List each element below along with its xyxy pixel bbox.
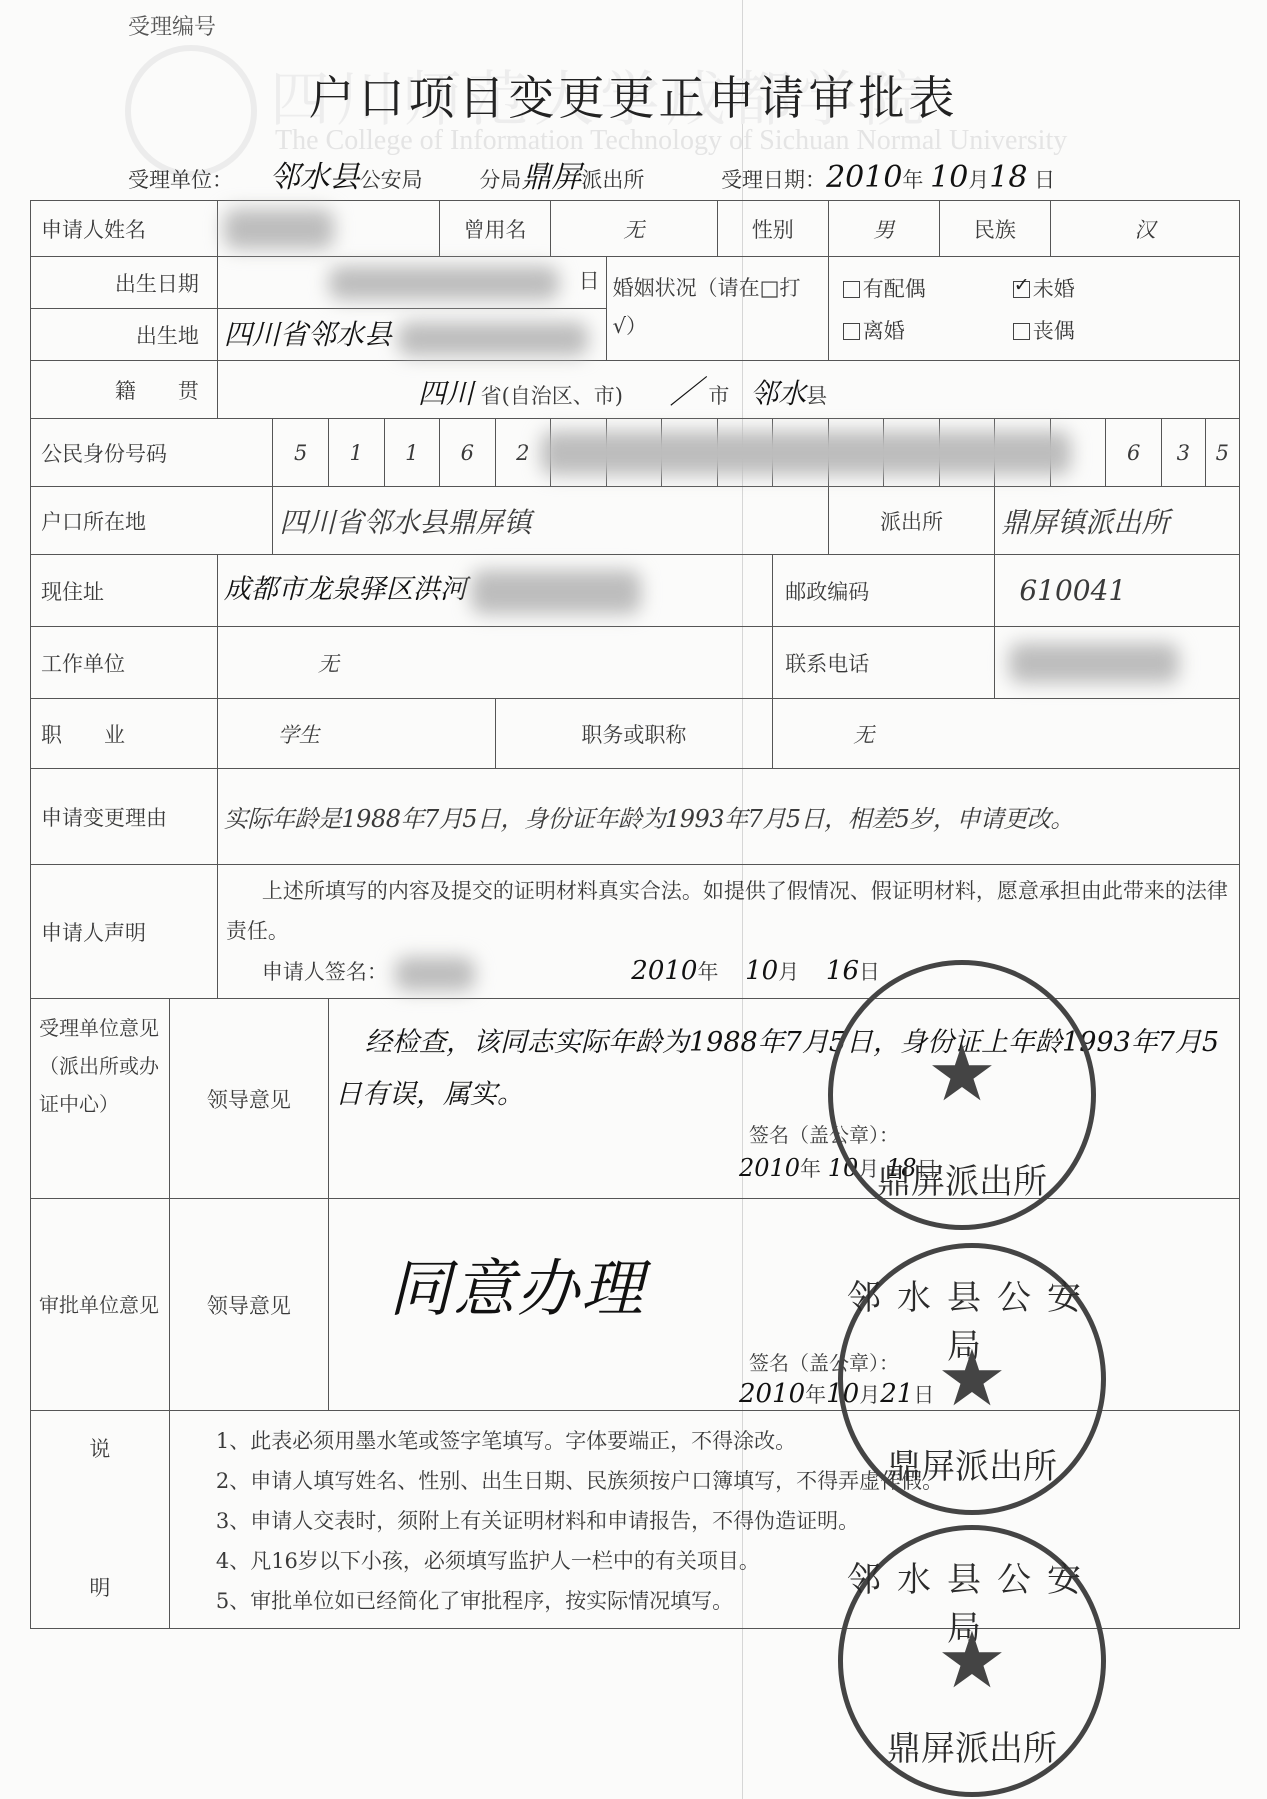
row-native-place: 籍 贯 四川 省(自治区、市) ／ 市 邻水县	[31, 361, 1240, 419]
row-declaration: 申请人声明 上述所填写的内容及提交的证明材料真实合法。如提供了假情况、假证明材料…	[31, 865, 1240, 999]
gender-value[interactable]: 男	[828, 201, 939, 257]
year-char: 年	[697, 960, 718, 984]
declaration-month: 10	[745, 956, 778, 986]
accepting-unit-stamp: ★ 鼎屏派出所	[828, 960, 1096, 1230]
marital-option[interactable]: 丧偶	[1013, 315, 1183, 345]
job-title-label: 职务或职称	[495, 699, 773, 769]
approving-unit-label: 审批单位意见	[31, 1199, 170, 1411]
marital-label: 婚姻状况（请在□打√）	[606, 257, 828, 361]
accepting-opinion-text[interactable]: 经检查，该同志实际年龄为1988年7月5日，身份证上年龄1993年7月5日有误，…	[335, 1017, 1233, 1121]
form-title: 户口项目变更更正申请审批表	[0, 62, 1267, 128]
dob-label: 出生日期	[31, 257, 218, 309]
birthplace-label: 出生地	[31, 309, 218, 361]
id-digit-cell[interactable]: 1	[328, 419, 384, 487]
phone-label: 联系电话	[773, 627, 995, 699]
branch-label: 分局	[479, 168, 521, 192]
marital-option-label: 未婚	[1033, 277, 1075, 301]
marital-grid: 有配偶未婚离婚丧偶	[843, 273, 1233, 345]
star-icon: ★	[937, 1334, 1007, 1424]
station-label: 派出所	[828, 487, 995, 555]
accepting-opinion-cell: 经检查，该同志实际年龄为1988年7月5日，身份证上年龄1993年7月5日有误，…	[328, 999, 1239, 1199]
notes-label: 说 明	[31, 1411, 170, 1629]
row-occupation: 职 业 学生 职务或职称 无	[31, 699, 1240, 769]
checkbox-icon[interactable]	[1013, 323, 1030, 340]
marital-options: 有配偶未婚离婚丧偶	[828, 257, 1239, 361]
former-name-value[interactable]: 无	[551, 201, 718, 257]
marital-option[interactable]: 有配偶	[843, 273, 1013, 303]
gender-label: 性别	[717, 201, 828, 257]
intake-day: 18	[989, 160, 1027, 195]
id-digit-cell[interactable]: 6	[440, 419, 496, 487]
native-province: 四川	[418, 377, 474, 410]
marital-option-label: 离婚	[863, 319, 905, 343]
address-value[interactable]: 成都市龙泉驿区洪河	[217, 555, 772, 627]
stamp-text: 鼎屏派出所	[843, 1721, 1101, 1770]
year-char: 年	[902, 168, 923, 192]
approving-unit-stamp: 邻水县公安局 ★ 鼎屏派出所	[838, 1243, 1106, 1515]
approving-leader-label: 领导意见	[169, 1199, 328, 1411]
row-employer: 工作单位 无 联系电话	[31, 627, 1240, 699]
month-char: 月	[968, 168, 989, 192]
row-reason: 申请变更理由 实际年龄是1988年7月5日，身份证年龄为1993年7月5日，相差…	[31, 769, 1240, 865]
intake-line: 受理单位： 邻水县公安局 分局鼎屏派出所 受理日期：2010年 10月18 日	[128, 152, 1055, 196]
declaration-signature-label: 申请人签名：	[262, 960, 388, 984]
city-suffix: 市	[708, 384, 729, 408]
notes-label-top: 说	[31, 1433, 169, 1463]
approving-year: 2010	[739, 1379, 805, 1409]
year-char: 年	[800, 1157, 821, 1181]
marital-option-label: 有配偶	[863, 277, 926, 301]
declaration-label: 申请人声明	[31, 865, 218, 999]
accepting-year: 2010	[739, 1154, 800, 1182]
row-id-number: 公民身份号码 51162635	[31, 419, 1240, 487]
postcode-label: 邮政编码	[773, 555, 995, 627]
declaration-body: 上述所填写的内容及提交的证明材料真实合法。如提供了假情况、假证明材料，愿意承担由…	[217, 865, 1239, 999]
row-address: 现住址 成都市龙泉驿区洪河 邮政编码 610041	[31, 555, 1240, 627]
station-suffix: 派出所	[581, 168, 644, 192]
native-city: ／	[670, 373, 702, 411]
id-label: 公民身份号码	[31, 419, 273, 487]
address-redaction	[471, 570, 641, 614]
signature-redaction[interactable]	[395, 957, 475, 991]
intake-county: 邻水县	[270, 160, 360, 195]
notes-label-bottom: 明	[31, 1572, 169, 1602]
native-place-value[interactable]: 四川 省(自治区、市) ／ 市 邻水县	[217, 361, 1239, 419]
reason-value[interactable]: 实际年龄是1988年7月5日，身份证年龄为1993年7月5日，相差5岁，申请更改…	[217, 769, 1239, 865]
id-digit-cell[interactable]: 6	[1106, 419, 1162, 487]
checkbox-checked-icon[interactable]	[1013, 281, 1030, 298]
dob-day-char: 日	[579, 269, 600, 293]
stamp-text: 鼎屏派出所	[843, 1439, 1101, 1488]
marital-option[interactable]: 未婚	[1013, 273, 1183, 303]
month-char: 月	[778, 960, 799, 984]
id-digit-cell[interactable]: 1	[384, 419, 440, 487]
address-text: 成都市龙泉驿区洪河	[224, 574, 467, 605]
row-household: 户口所在地 四川省邻水县鼎屏镇 派出所 鼎屏镇派出所	[31, 487, 1240, 555]
star-icon: ★	[937, 1616, 1007, 1706]
marital-option-label: 丧偶	[1033, 319, 1075, 343]
declaration-year: 2010	[631, 956, 697, 986]
station-name: 鼎屏	[521, 160, 581, 195]
serial-number-label: 受理编号	[128, 10, 216, 41]
birthplace-redaction	[398, 322, 588, 356]
note-item: 3、申请人交表时，须附上有关证明材料和申请报告，不得伪造证明。	[216, 1505, 1233, 1535]
day-char: 日	[859, 960, 880, 984]
declaration-signature-line: 申请人签名： 2010年 10月 16日	[226, 951, 1231, 992]
checkbox-icon[interactable]	[843, 323, 860, 340]
name-value[interactable]	[217, 201, 439, 257]
stamp-text: 鼎屏派出所	[833, 1154, 1091, 1203]
id-digit-cell[interactable]: 3	[1161, 419, 1205, 487]
phone-value[interactable]	[995, 627, 1240, 699]
day-char: 日	[1034, 168, 1055, 192]
former-name-label: 曾用名	[440, 201, 551, 257]
address-label: 现住址	[31, 555, 218, 627]
declaration-day: 16	[826, 956, 859, 986]
declaration-text: 上述所填写的内容及提交的证明材料真实合法。如提供了假情况、假证明材料，愿意承担由…	[226, 871, 1231, 951]
occupation-label: 职 业	[31, 699, 218, 769]
household-value[interactable]: 四川省邻水县鼎屏镇	[273, 487, 828, 555]
station-value[interactable]: 鼎屏镇派出所	[995, 487, 1240, 555]
year-char: 年	[805, 1383, 826, 1407]
ethnicity-label: 民族	[939, 201, 1050, 257]
row-dob: 出生日期 日 婚姻状况（请在□打√） 有配偶未婚离婚丧偶	[31, 257, 1240, 309]
intake-date-label: 受理日期：	[721, 168, 826, 192]
occupation-value[interactable]: 学生	[217, 699, 495, 769]
phone-redaction	[1009, 643, 1179, 683]
star-icon: ★	[927, 1029, 997, 1119]
intake-month: 10	[930, 160, 968, 195]
province-suffix: 省(自治区、市)	[481, 384, 623, 408]
job-title-value[interactable]: 无	[773, 699, 1240, 769]
row-name: 申请人姓名 曾用名 无 性别 男 民族 汉	[31, 201, 1240, 257]
reason-label: 申请变更理由	[31, 769, 218, 865]
name-redaction	[224, 209, 334, 249]
birthplace-value[interactable]: 四川省邻水县	[217, 309, 606, 361]
marital-label-text: 婚姻状况（请在□打√）	[613, 276, 801, 338]
employer-label: 工作单位	[31, 627, 218, 699]
employer-value[interactable]: 无	[217, 627, 772, 699]
birthplace-text: 四川省邻水县	[224, 318, 392, 351]
dob-redaction	[329, 266, 559, 300]
approving-opinion-text[interactable]: 同意办理	[389, 1239, 645, 1328]
bottom-stamp: 邻水县公安局 ★ 鼎屏派出所	[838, 1525, 1106, 1797]
id-digit-cell[interactable]	[551, 419, 607, 487]
id-redaction	[541, 431, 1071, 475]
postcode-value[interactable]: 610041	[995, 555, 1240, 627]
marital-option[interactable]: 离婚	[843, 315, 1013, 345]
id-digit-cell[interactable]: 5	[273, 419, 329, 487]
dob-value[interactable]: 日	[217, 257, 606, 309]
accepting-leader-label: 领导意见	[169, 999, 328, 1199]
intake-year: 2010	[826, 160, 902, 195]
county-suffix: 县	[806, 384, 827, 408]
id-digit-cell[interactable]: 5	[1205, 419, 1239, 487]
accepting-unit-label: 受理单位意见（派出所或办证中心）	[31, 999, 170, 1199]
intake-unit-label: 受理单位：	[128, 168, 233, 192]
checkbox-icon[interactable]	[843, 281, 860, 298]
native-place-label: 籍 贯	[31, 361, 218, 419]
ethnicity-value[interactable]: 汉	[1050, 201, 1239, 257]
psb-label: 公安局	[360, 168, 423, 192]
native-county: 邻水	[750, 377, 806, 410]
household-label: 户口所在地	[31, 487, 273, 555]
name-label: 申请人姓名	[31, 201, 218, 257]
